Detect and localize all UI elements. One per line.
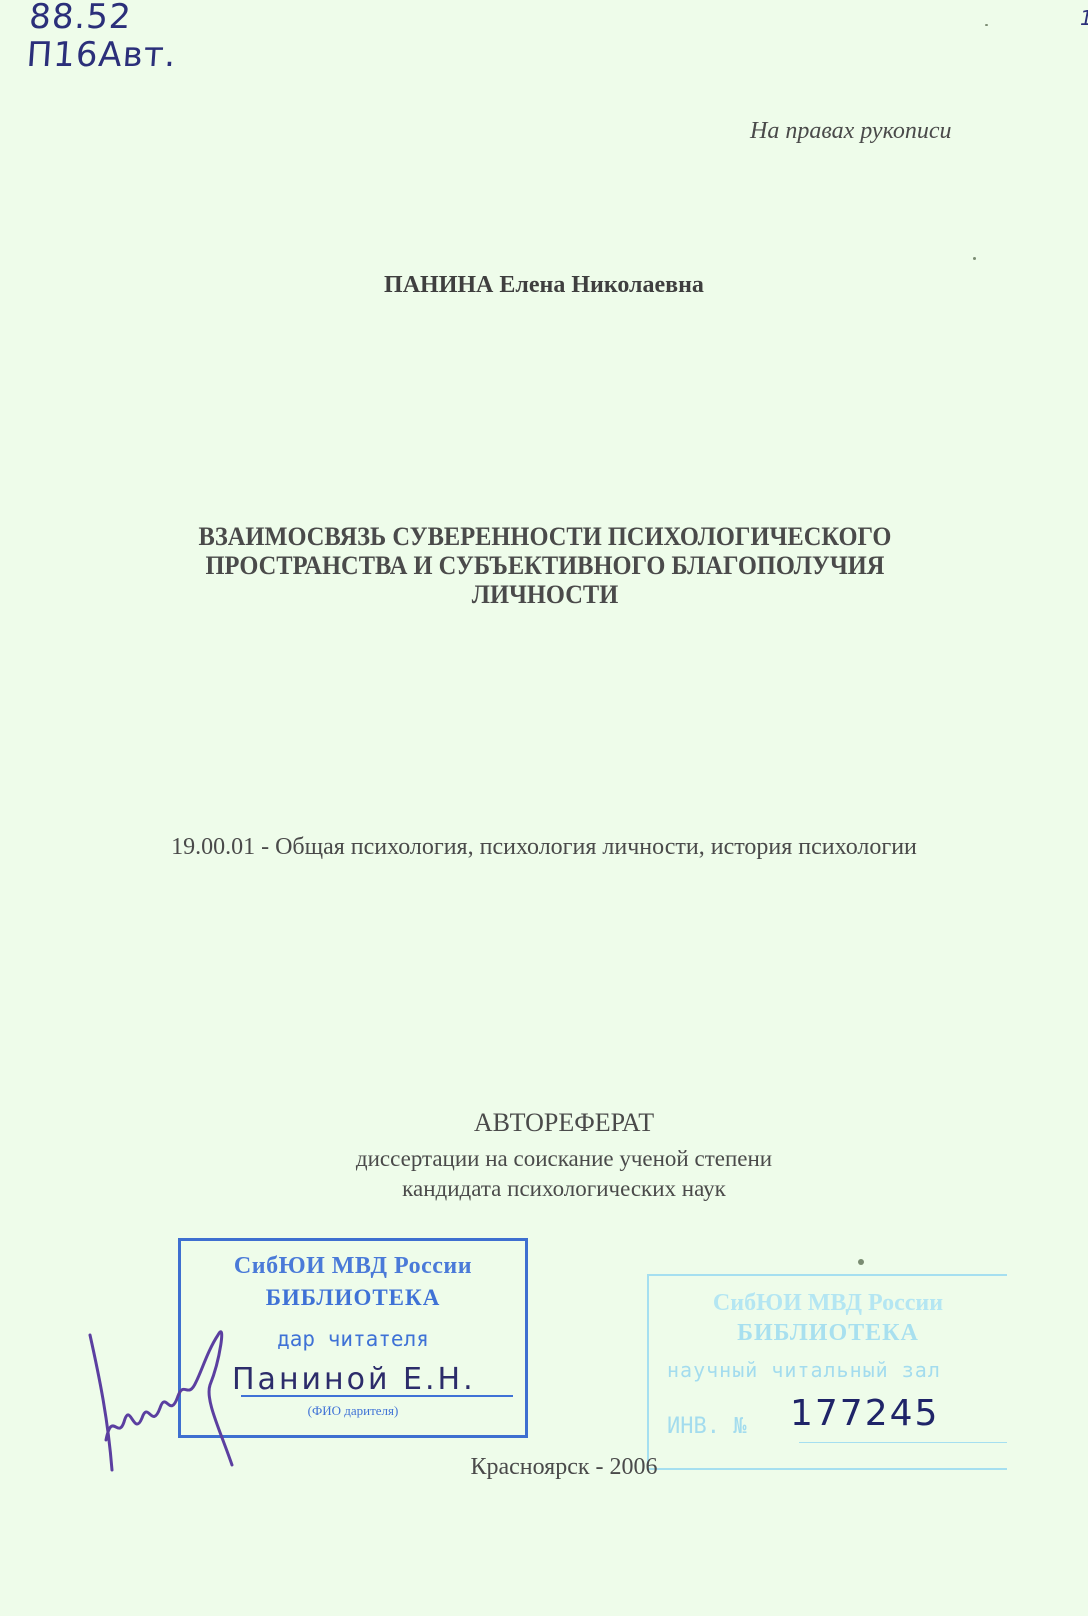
paper-speck bbox=[858, 1259, 864, 1265]
stamp-institution: СибЮИ МВД России bbox=[181, 1253, 525, 1280]
author-name-text: ПАНИНА Елена Николаевна bbox=[384, 272, 704, 299]
document-type-heading: АВТОРЕФЕРАТ bbox=[0, 1108, 1088, 1138]
specialty-code: 19.00.01 - Общая психология, психология … bbox=[0, 834, 1088, 861]
stamp-library: БИБЛИОТЕКА bbox=[649, 1320, 1007, 1347]
stamp-institution: СибЮИ МВД России bbox=[649, 1290, 1007, 1317]
page-number: 1 bbox=[1080, 6, 1088, 30]
reading-room-stamp: СибЮИ МВД России БИБЛИОТЕКА научный чита… bbox=[647, 1274, 1007, 1470]
stamp-label: научный читальный зал bbox=[667, 1358, 941, 1382]
inventory-number-handwritten: 177245 bbox=[790, 1393, 939, 1434]
degree-line-2: кандидата психологических наук bbox=[0, 1176, 1088, 1202]
donor-name-handwritten: Паниной Е.Н. bbox=[232, 1362, 476, 1397]
title-line-1: ВЗАИМОСВЯЗЬ СУВЕРЕННОСТИ ПСИХОЛОГИЧЕСКОГ… bbox=[164, 522, 925, 551]
copyright-note: На правах рукописи bbox=[750, 118, 952, 145]
paper-speck bbox=[973, 257, 976, 260]
title-line-2: ПРОСТРАНСТВА И СУБЪЕКТИВНОГО БЛАГОПОЛУЧИ… bbox=[164, 551, 925, 580]
inventory-label: ИНВ. № bbox=[667, 1414, 746, 1439]
shelf-mark-line2: П16Авт. bbox=[25, 36, 177, 74]
stamp-underline bbox=[799, 1442, 1007, 1443]
signature-icon bbox=[60, 1290, 250, 1480]
dissertation-title: ВЗАИМОСВЯЗЬ СУВЕРЕННОСТИ ПСИХОЛОГИЧЕСКОГ… bbox=[164, 522, 925, 609]
title-line-3: ЛИЧНОСТИ bbox=[164, 580, 925, 609]
paper-speck bbox=[985, 24, 988, 26]
degree-line-1: диссертации на соискание ученой степени bbox=[0, 1146, 1088, 1172]
place-and-year: Красноярск - 2006 bbox=[0, 1454, 1088, 1481]
shelf-mark-line1: 88.52 bbox=[28, 0, 180, 36]
author-name: ПАНИНА Елена Николаевна bbox=[0, 272, 1088, 299]
shelf-mark: 88.52 П16Авт. bbox=[25, 0, 180, 74]
